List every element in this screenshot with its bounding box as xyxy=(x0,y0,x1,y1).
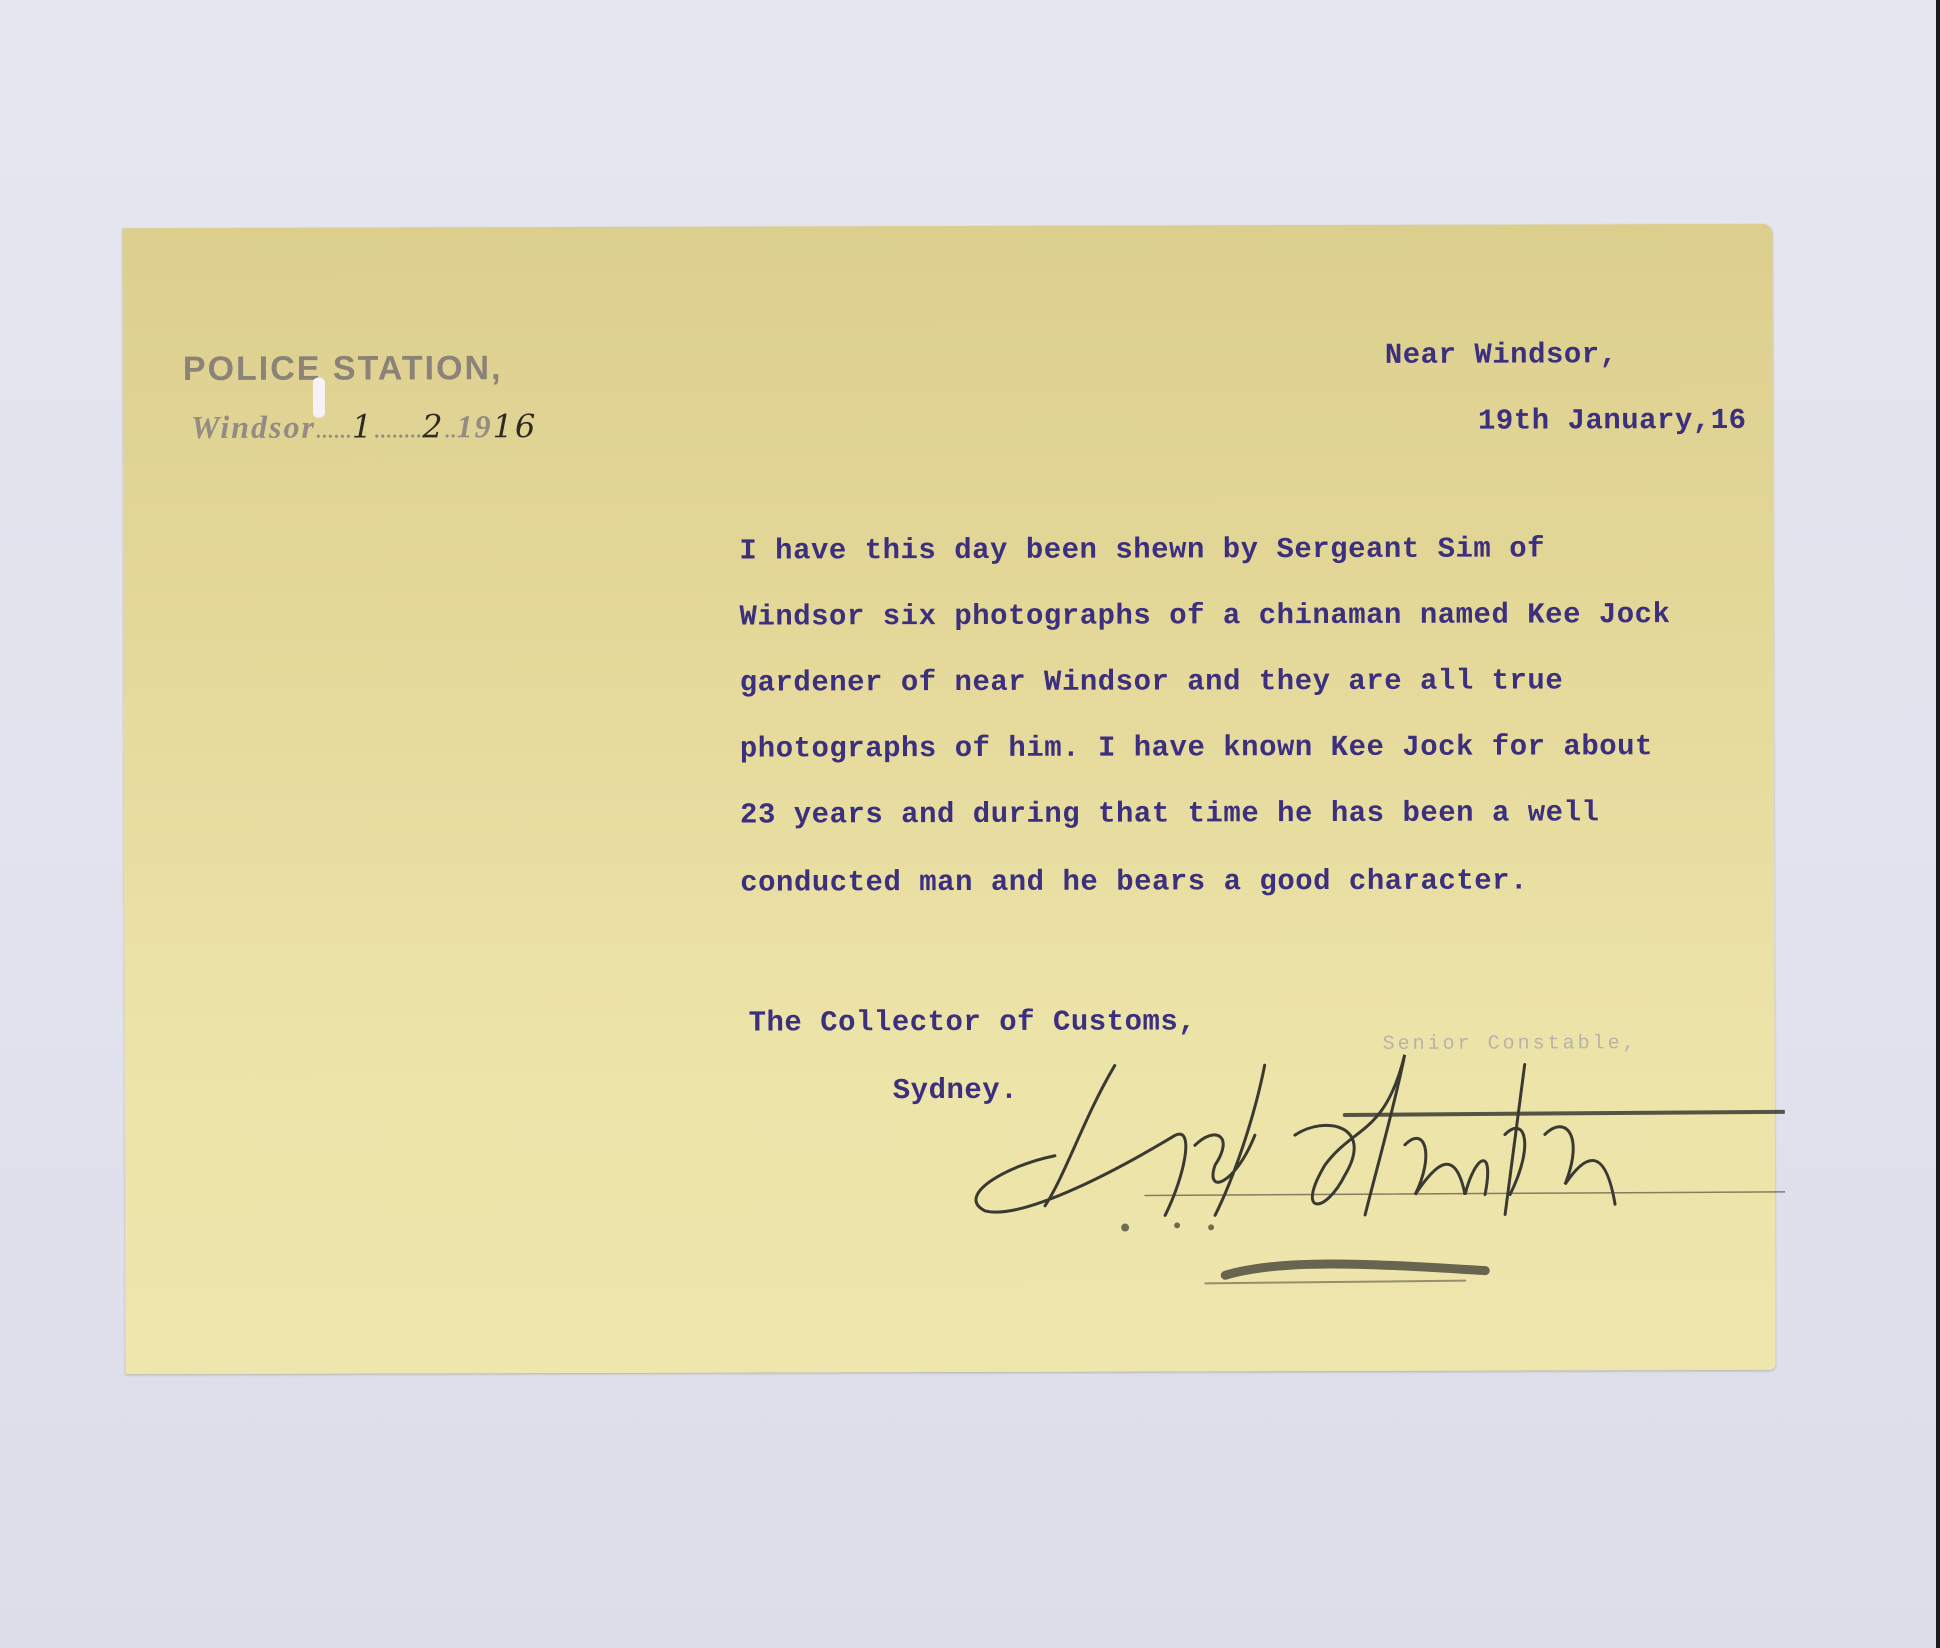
stamp-separator: .. xyxy=(374,420,386,442)
body-line: photographs of him. I have known Kee Joc… xyxy=(740,730,1653,765)
stamp-day: 1 xyxy=(352,408,374,446)
signature-icon xyxy=(965,1024,1786,1326)
body-line: Windsor six photographs of a chinaman na… xyxy=(739,598,1670,633)
date-line: 19th January,16 xyxy=(1478,404,1747,438)
stamp-place: Windsor xyxy=(191,409,316,445)
address-line: Near Windsor, xyxy=(1385,338,1618,372)
body-line: gardener of near Windsor and they are al… xyxy=(740,664,1564,699)
stamp-month: 2 xyxy=(422,407,444,445)
stamp-date-line: Windsor......1........2..1916 xyxy=(191,407,537,446)
letter-paper: POLICE STATION, Windsor......1........2.… xyxy=(123,224,1776,1374)
body-line: I have this day been shewn by Sergeant S… xyxy=(739,532,1545,567)
body-line: 23 years and during that time he has bee… xyxy=(740,796,1599,831)
body-line: conducted man and he bears a good charac… xyxy=(740,864,1528,899)
stamp-dots: ...... xyxy=(386,420,422,442)
stamp-year-suffix: 16 xyxy=(493,407,538,445)
stamp-year-prefix: 19 xyxy=(457,408,493,444)
police-station-stamp: POLICE STATION, xyxy=(183,349,503,389)
stamp-dots: ...... xyxy=(316,421,352,443)
scan-edge xyxy=(1936,0,1940,1648)
stamp-separator: .. xyxy=(445,420,457,442)
